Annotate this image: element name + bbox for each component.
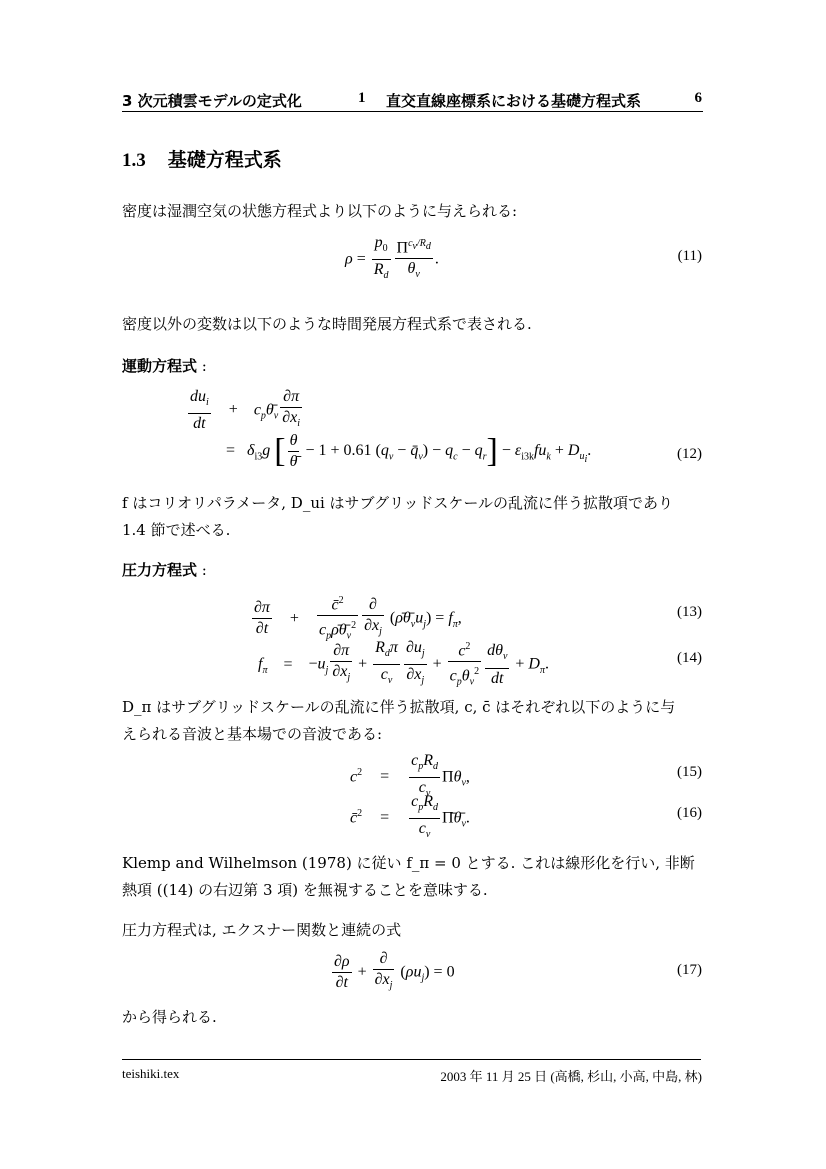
equation-number-15: (15)	[677, 764, 702, 781]
equation-12-line2: = δi3g [θθ̄ − 1 + 0.61 (qv − q̄v) − qc −…	[226, 432, 591, 471]
equation-11: ρ = p0RdΠcv/Rdθv.	[345, 234, 439, 285]
equation-number-14: (14)	[677, 650, 702, 667]
section-title: 基礎方程式系	[168, 149, 282, 171]
paragraph-klemp: Klemp and Wilhelmson (1978) に従い f_π = 0 …	[122, 850, 706, 904]
running-header: 3 次元積雲モデルの定式化 1 直交直線座標系における基礎方程式系 6	[122, 88, 702, 112]
equation-14: fπ = −uj∂π∂xj + Rdπcv∂uj∂xj + c2cpθv2dθv…	[258, 638, 549, 692]
paragraph-exner-intro: 圧力方程式は, エクスナー関数と連続の式	[122, 917, 706, 944]
equation-number-11: (11)	[678, 248, 702, 265]
paragraph-sound-wave: D_π はサブグリッドスケールの乱流に伴う拡散項, c, c̄ はそれぞれ以下の…	[122, 694, 706, 748]
equation-number-12: (12)	[677, 446, 702, 463]
section-heading: 1.3基礎方程式系	[122, 145, 282, 172]
equation-17: ∂ρ∂t + ∂∂xj (ρuj) = 0	[330, 950, 455, 995]
pressure-equation-heading: 圧力方程式 :	[122, 557, 706, 584]
paragraph-density-intro: 密度は湿潤空気の状態方程式より以下のように与えられる:	[122, 198, 706, 225]
motion-equation-heading: 運動方程式 :	[122, 353, 706, 380]
header-chapter: 3 次元積雲モデルの定式化	[122, 90, 302, 111]
equation-number-17: (17)	[677, 962, 702, 979]
paragraph-derived: から得られる.	[122, 1004, 706, 1031]
equation-number-16: (16)	[677, 805, 702, 822]
equation-12-line1: duidt + cpθ̄v∂π∂xi	[186, 388, 304, 433]
header-section-number: 1	[358, 90, 366, 107]
footer-filename: teishiki.tex	[122, 1066, 179, 1082]
header-rule	[122, 111, 703, 112]
footer-rule	[122, 1059, 701, 1060]
header-page-number: 6	[695, 90, 703, 107]
equation-16: c̄2 = cpRdcvΠ̄θ̄v.	[350, 793, 470, 844]
section-number: 1.3	[122, 150, 146, 171]
equation-number-13: (13)	[677, 604, 702, 621]
paragraph-coriolis: f はコリオリパラメータ, D_ui はサブグリッドスケールの乱流に伴う拡散項で…	[122, 490, 706, 544]
footer-date-authors: 2003 年 11 月 25 日 (高橋, 杉山, 小高, 中島, 林)	[440, 1066, 702, 1085]
header-section-title: 直交直線座標系における基礎方程式系	[386, 90, 641, 111]
paragraph-other-vars: 密度以外の変数は以下のような時間発展方程式系で表される.	[122, 311, 706, 338]
